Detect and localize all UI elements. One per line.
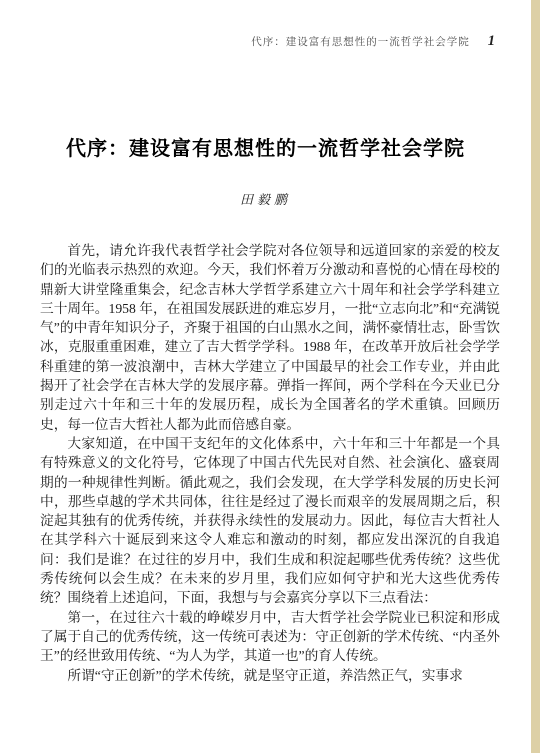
body-paragraph: 第一，在过往六十载的峥嵘岁月中，吉大哲学社会学院业已积淀和形成了属于自己的优秀传… bbox=[40, 608, 500, 666]
body-paragraph: 大家知道，在中国干支纪年的文化体系中，六十年和三十年都是一个具有特殊意义的文化符… bbox=[40, 434, 500, 608]
running-head-title: 代序：建设富有思想性的一流哲学社会学院 bbox=[251, 34, 470, 49]
book-page: 代序：建设富有思想性的一流哲学社会学院 1 代序：建设富有思想性的一流哲学社会学… bbox=[0, 0, 540, 753]
running-head: 代序：建设富有思想性的一流哲学社会学院 1 bbox=[251, 33, 495, 50]
book-edge-strip bbox=[531, 0, 540, 753]
chapter-title: 代序：建设富有思想性的一流哲学社会学院 bbox=[0, 132, 531, 161]
page-number: 1 bbox=[488, 33, 495, 50]
body-text: 首先，请允许我代表哲学社会学院对各位领导和远道回家的亲爱的校友们的光临表示热烈的… bbox=[40, 241, 500, 685]
body-paragraph: 所谓“守正创新”的学术传统，就是坚守正道，养浩然正气，实事求 bbox=[40, 666, 500, 685]
body-paragraph: 首先，请允许我代表哲学社会学院对各位领导和远道回家的亲爱的校友们的光临表示热烈的… bbox=[40, 241, 500, 434]
author-name: 田毅鹏 bbox=[0, 189, 531, 208]
